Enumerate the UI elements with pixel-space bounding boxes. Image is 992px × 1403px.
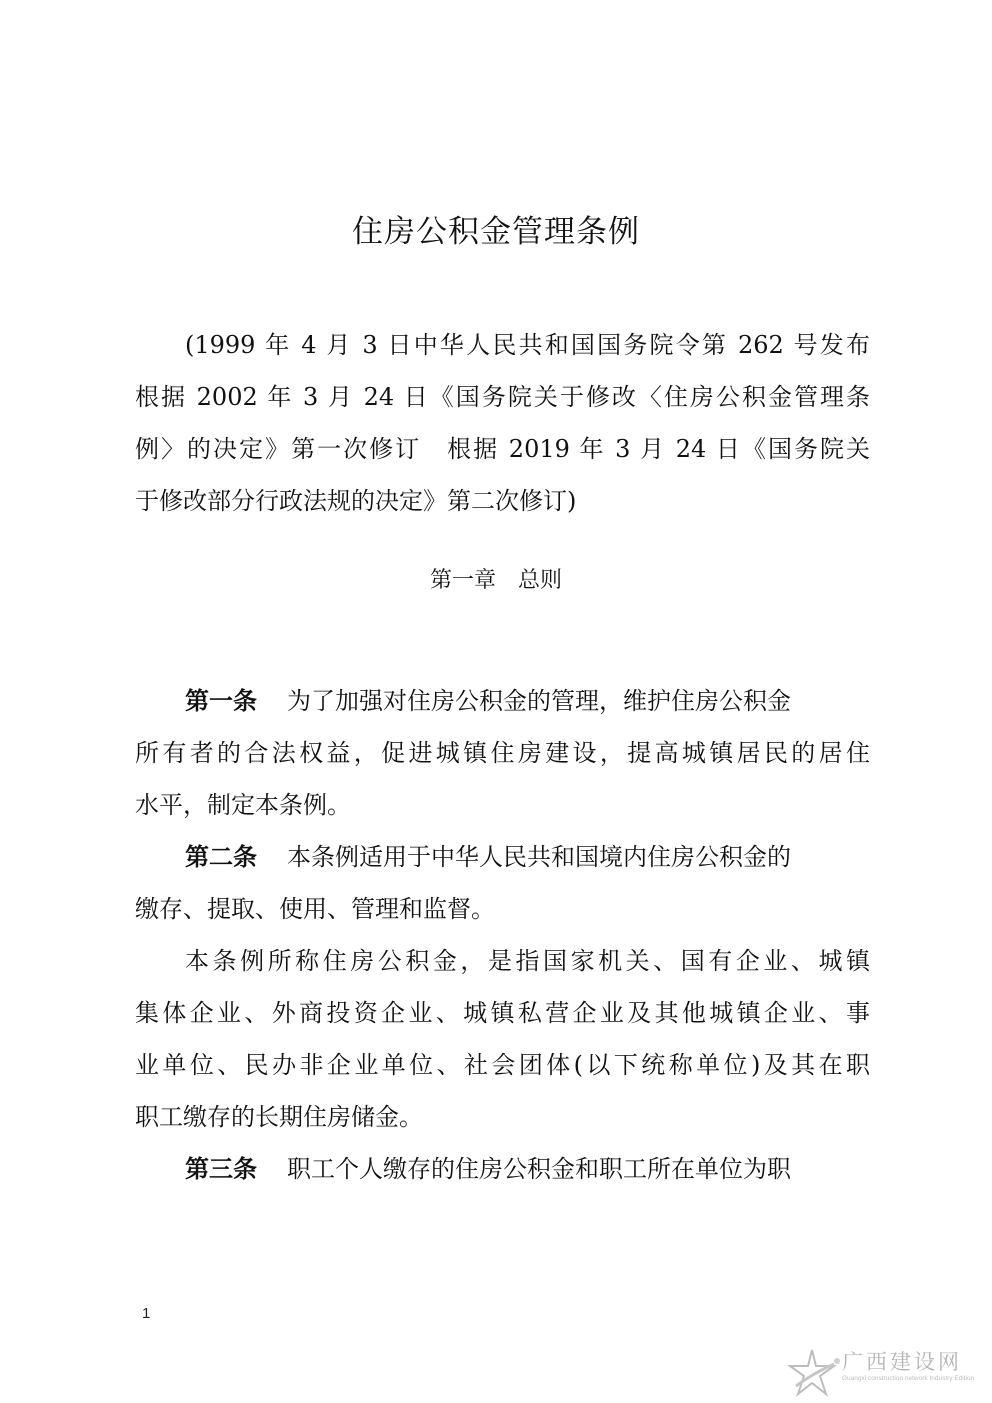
- article-label: 第一条: [185, 687, 257, 715]
- star-logo-icon: [782, 1346, 842, 1398]
- document-title: 住房公积金管理条例: [0, 206, 992, 251]
- article-2-para-2-line-2: 集体企业、外商投资企业、城镇私营企业及其他城镇企业、事: [135, 998, 870, 1028]
- article-label: 第二条: [185, 843, 257, 871]
- article-2-line-2: 缴存、提取、使用、管理和监督。: [135, 894, 870, 924]
- article-1-line-1: 第一条为了加强对住房公积金的管理，维护住房公积金: [135, 686, 870, 716]
- article-2-para-2-line-1: 本条例所称住房公积金，是指国家机关、国有企业、城镇: [135, 946, 870, 976]
- watermark-name-en: Guangxi construction network Industry Ed…: [842, 1375, 974, 1382]
- article-2-para-2-line-4: 职工缴存的长期住房储金。: [135, 1102, 870, 1132]
- article-3-line-1: 第三条职工个人缴存的住房公积金和职工所在单位为职: [135, 1154, 870, 1184]
- article-2-line-1: 第二条本条例适用于中华人民共和国境内住房公积金的: [135, 842, 870, 872]
- article-text: 职工个人缴存的住房公积金和职工所在单位为职: [287, 1155, 791, 1183]
- article-label: 第三条: [185, 1155, 257, 1183]
- article-1-line-2: 所有者的合法权益，促进城镇住房建设，提高城镇居民的居住: [135, 738, 870, 768]
- preamble-line-3: 例〉的决定》第一次修订 根据 2019 年 3 月 24 日《国务院关: [135, 434, 870, 464]
- preamble-line-2: 根据 2002 年 3 月 24 日《国务院关于修改〈住房公积金管理条: [135, 382, 870, 412]
- watermark-logo: 广西建设网 Guangxi construction network Indus…: [782, 1346, 987, 1398]
- preamble-line-4: 于修改部分行政法规的决定》第二次修订): [135, 486, 870, 516]
- article-text: 本条例适用于中华人民共和国境内住房公积金的: [287, 843, 791, 871]
- chapter-heading: 第一章 总则: [0, 563, 992, 594]
- article-2-para-2-line-3: 业单位、民办非企业单位、社会团体(以下统称单位)及其在职: [135, 1050, 870, 1080]
- watermark-name-cn: 广西建设网: [842, 1346, 962, 1376]
- preamble-line-1: (1999 年 4 月 3 日中华人民共和国国务院令第 262 号发布: [135, 330, 870, 360]
- document-page: 住房公积金管理条例 (1999 年 4 月 3 日中华人民共和国国务院令第 26…: [0, 0, 992, 1403]
- page-number: 1: [142, 1305, 150, 1322]
- article-1-line-3: 水平，制定本条例。: [135, 790, 870, 820]
- article-text: 为了加强对住房公积金的管理，维护住房公积金: [287, 687, 791, 715]
